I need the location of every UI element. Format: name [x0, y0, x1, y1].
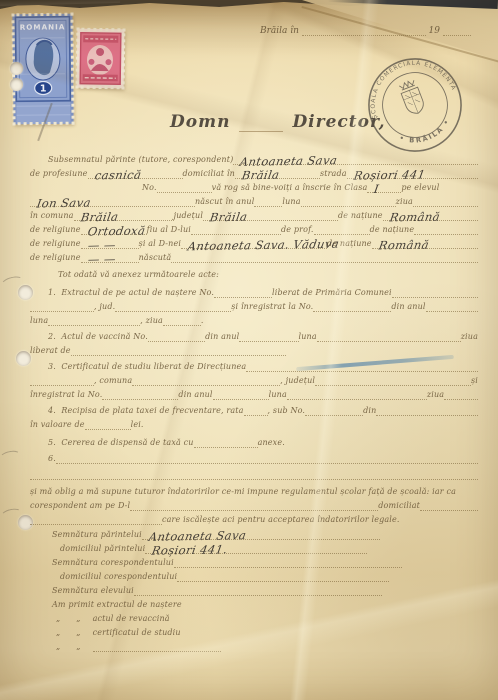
punch-hole [10, 62, 23, 75]
blank-line [48, 314, 140, 326]
blank-line [317, 330, 461, 342]
blank-line [71, 344, 286, 356]
blank-line [148, 330, 205, 342]
printed-label: anexe. [258, 438, 285, 448]
blank-line [157, 181, 212, 193]
printed-label: liberat de Primăria Comunei [272, 288, 392, 298]
blank-line [194, 436, 258, 448]
printed-label: care iscălește aci pentru acceptarea înd… [162, 515, 400, 525]
printed-label: și înregistrat la No. [231, 302, 313, 312]
printed-label: domiciliat [378, 501, 420, 511]
form-row: , jud.și înregistrat la No.din anul [30, 298, 478, 312]
charity-stamp-red [77, 29, 125, 89]
printed-label: de prof. [281, 225, 314, 235]
blank-line [301, 195, 396, 207]
printed-label: luna [30, 316, 48, 326]
printed-label: Subsemnatul părinte (tutore, coresponden… [48, 155, 233, 165]
form-row: 3. Certificatul de studiu liberat de Dir… [30, 358, 478, 372]
printed-label: „ [56, 642, 60, 652]
printed-label: domiciliat în [183, 169, 235, 179]
printed-label: lei. [131, 420, 144, 430]
blank-line: I [367, 181, 401, 193]
form-row: „„actul de revaccină [30, 610, 478, 624]
blank-line [313, 300, 391, 312]
form-row: 6. [30, 450, 478, 464]
printed-label: de religiune [30, 239, 81, 249]
blank-line [191, 223, 281, 235]
handwritten-entry: Ortodoxă [87, 226, 146, 237]
printed-label: luna [282, 197, 300, 207]
blank-line [287, 388, 427, 400]
dark-edge-top-left [0, 0, 120, 6]
seal-coat-of-arms [398, 79, 426, 116]
blank-line [30, 374, 94, 386]
form-row: corespondent am pe D-ldomiciliat [30, 497, 478, 511]
form-row [30, 466, 478, 480]
blank-line [420, 499, 478, 511]
printed-label: vă rog să bine-voiți a înscrie în Clasa [212, 183, 368, 193]
printed-label: 6. [48, 454, 56, 464]
form-row: liberat de [30, 342, 478, 356]
blank-line [163, 314, 201, 326]
form-row: domiciliul corespondentului [30, 568, 478, 582]
printed-label: , sub No. [268, 406, 306, 416]
printed-label: domiciliul corespondentului [60, 572, 177, 582]
handwritten-entry: Roșiori 441 [353, 169, 426, 180]
printed-label: 3. Certificatul de studiu liberat de Dir… [48, 362, 246, 372]
blank-line [239, 330, 298, 342]
handwritten-entry: — — [87, 240, 117, 250]
blank-line: Brăila [235, 167, 320, 179]
printed-label: de profesiune [30, 169, 88, 179]
blank-line [132, 374, 280, 386]
printed-label: „ [76, 642, 80, 652]
blank-line [30, 513, 162, 525]
header-year-blank [443, 24, 471, 36]
blank-line [392, 286, 478, 298]
blank-line: Română [383, 209, 478, 221]
printed-label: în comuna [30, 211, 74, 221]
printed-label: 2. Actul de vaccină No. [48, 332, 148, 342]
blank-line [102, 388, 178, 400]
form-row: luna, ziua. [30, 312, 478, 326]
printed-label: , comuna [94, 376, 132, 386]
printed-label: , județul [280, 376, 315, 386]
printed-label: , jud. [94, 302, 115, 312]
handwritten-entry: Română [378, 240, 430, 251]
header-date-blank [302, 24, 426, 36]
printed-label: luna [269, 390, 287, 400]
blank-line: Antoaneta Sava [233, 153, 478, 165]
printed-label: ziua [396, 197, 413, 207]
printed-label: fiu al D-lui [147, 225, 191, 235]
printed-label: actul de revaccină [93, 614, 170, 624]
printed-label: înregistrat la No. [30, 390, 102, 400]
printed-label: Semnătura elevului [52, 586, 134, 596]
punch-hole [10, 78, 23, 91]
stamp-value: 1 [40, 83, 47, 94]
blank-line [115, 300, 231, 312]
blank-line: Roșiori 441. [145, 542, 367, 554]
form-row: 1. Extractul de pe actul de naștere No.l… [30, 284, 478, 298]
blank-line [305, 404, 363, 416]
handwritten-entry: casnică [94, 170, 142, 181]
form-row: Semnătura corespondentului [30, 554, 478, 568]
blank-line: casnică [88, 167, 183, 179]
form-row: Ion Savanăscut în anullunaziua [30, 193, 478, 207]
blank-line: Antoaneta Sava [142, 528, 380, 540]
handwritten-entry: Brăila [241, 170, 280, 181]
form-row: în valoare delei. [30, 416, 478, 430]
blank-line [85, 418, 131, 430]
printed-label: născută [139, 253, 172, 263]
printed-label: certificatul de studiu [93, 628, 181, 638]
form-row: Semnătura elevului [30, 582, 478, 596]
form-row: înregistrat la No.din anullunaziua [30, 386, 478, 400]
printed-label: din anul [205, 332, 239, 342]
printed-label: și [471, 376, 478, 386]
form-row: Semnătura părinteluiAntoaneta Sava [30, 526, 478, 540]
printed-label: ziua [461, 332, 478, 342]
blank-line [315, 374, 471, 386]
form-row: de religiune— —și al D-neiAntoaneta Sava… [30, 235, 478, 249]
handwritten-entry: Ion Sava [36, 198, 92, 209]
blank-line [30, 300, 94, 312]
salutation-director: Director, [292, 112, 385, 132]
printed-label: Semnătura părintelui [52, 530, 142, 540]
blank-line: Brăila [203, 209, 338, 221]
printed-label: 5. Cererea de dispensă de taxă cu [48, 438, 194, 448]
printed-label: pe elevul [401, 183, 439, 193]
printed-label: domiciliul părintelui [60, 544, 145, 554]
charity-stamp-art [77, 29, 125, 89]
blank-line: Roșiori 441 [347, 167, 478, 179]
handwritten-entry: Română [389, 212, 441, 223]
printed-label: și mă oblig a mă supune tuturor îndatori… [30, 487, 456, 497]
printed-label: . [201, 316, 204, 326]
blank-line: Antoaneta Sava. Văduva [181, 237, 327, 249]
blank-line [246, 360, 478, 372]
printed-label: din anul [178, 390, 212, 400]
printed-label: 1. Extractul de pe actul de naștere No. [48, 288, 214, 298]
form-row: 2. Actul de vaccină No.din anullunaziua [30, 328, 478, 342]
blank-line [376, 404, 478, 416]
form-row: 5. Cererea de dispensă de taxă cuanexe. [30, 434, 478, 448]
form-row: în comunaBrăilajudețulBrăilade națiuneRo… [30, 207, 478, 221]
blank-line [244, 404, 268, 416]
form-row: Tot odată vă anexez următoarele acte: [30, 266, 478, 280]
handwritten-entry: Brăila [80, 212, 119, 223]
printed-label: strada [320, 169, 347, 179]
handwritten-entry: Roșiori 441. [151, 544, 228, 555]
printed-label: din anul [391, 302, 425, 312]
printed-label: „ [56, 614, 60, 624]
handwritten-entry: — — [87, 254, 117, 264]
blank-line [214, 286, 272, 298]
form-row: 4. Recipisa de plata taxei de frecventar… [30, 402, 478, 416]
blank-line: Ion Sava [30, 195, 195, 207]
blank-line: Ortodoxă [81, 223, 147, 235]
printed-label: județul [174, 211, 203, 221]
blank-line [171, 251, 478, 263]
document-scan: ROMANIA 1 [0, 0, 498, 700]
printed-label: de națiune [338, 211, 383, 221]
blank-line: Română [372, 237, 478, 249]
form-row: Subsemnatul părinte (tutore, coresponden… [30, 151, 478, 165]
blank-line [177, 570, 389, 582]
printed-label: din [363, 406, 376, 416]
blank-line [56, 452, 478, 464]
salutation: Domn Director, [170, 112, 386, 132]
punch-hole [16, 351, 31, 366]
king-portrait [33, 41, 53, 75]
blank-line: — — [81, 251, 139, 263]
printed-label: luna [299, 332, 317, 342]
handwritten-entry: Antoaneta Sava [239, 155, 338, 167]
stamp-country-label: ROMANIA [20, 22, 66, 31]
blank-line [30, 468, 478, 480]
printed-label: liberat de [30, 346, 71, 356]
form-row: care iscălește aci pentru acceptarea înd… [30, 511, 478, 525]
blank-line [174, 556, 402, 568]
blank-line [213, 388, 269, 400]
printed-label: Am primit extractul de naștere [52, 600, 182, 610]
handwritten-entry: I [374, 184, 381, 194]
blank-line [413, 195, 478, 207]
blank-line [130, 499, 378, 511]
printed-label: „ [76, 614, 80, 624]
printed-label: ziua [427, 390, 444, 400]
printed-label: No. [142, 183, 157, 193]
blank-line [134, 584, 382, 596]
blank-line [414, 223, 478, 235]
blank-line [444, 388, 478, 400]
printed-label: Semnătura corespondentului [52, 558, 174, 568]
form-row: și mă oblig a mă supune tuturor îndatori… [30, 483, 478, 497]
header-year-label: 19 [429, 26, 440, 36]
form-row: Am primit extractul de naștere [30, 596, 478, 610]
printed-label: , ziua [140, 316, 163, 326]
blank-line: — — [81, 237, 139, 249]
blank-line [314, 223, 370, 235]
printed-label: Tot odată vă anexez următoarele acte: [58, 270, 219, 280]
printed-label: corespondent am pe D-l [30, 501, 130, 511]
printed-label: 4. Recipisa de plata taxei de frecventar… [48, 406, 244, 416]
blank-line [93, 640, 221, 652]
blank-line [254, 195, 282, 207]
form-rows: Subsemnatul părinte (tutore, coresponden… [30, 151, 478, 652]
form-row: „„ [30, 638, 478, 652]
blank-line: Brăila [74, 209, 174, 221]
header-row: Brăila în 19 [260, 24, 474, 36]
form-row: domiciliul părinteluiRoșiori 441. [30, 540, 478, 554]
header-place-label: Brăila în [260, 26, 299, 36]
printed-label: născut în anul [195, 197, 254, 207]
printed-label: în valoare de [30, 420, 85, 430]
form-row: , comuna, județulși [30, 372, 478, 386]
handwritten-entry: Antoaneta Sava. Văduva [187, 239, 340, 252]
form-row: „„certificatul de studiu [30, 624, 478, 638]
printed-label: „ [76, 628, 80, 638]
printed-label: de religiune [30, 225, 81, 235]
handwritten-entry: Brăila [209, 212, 248, 223]
salutation-line [239, 117, 283, 132]
blank-line [426, 300, 478, 312]
salutation-domn: Domn [170, 112, 230, 132]
handwritten-entry: Antoaneta Sava [148, 530, 247, 542]
printed-label: „ [56, 628, 60, 638]
printed-label: și al D-nei [139, 239, 181, 249]
printed-label: de religiune [30, 253, 81, 263]
printed-label: de națiune [370, 225, 415, 235]
